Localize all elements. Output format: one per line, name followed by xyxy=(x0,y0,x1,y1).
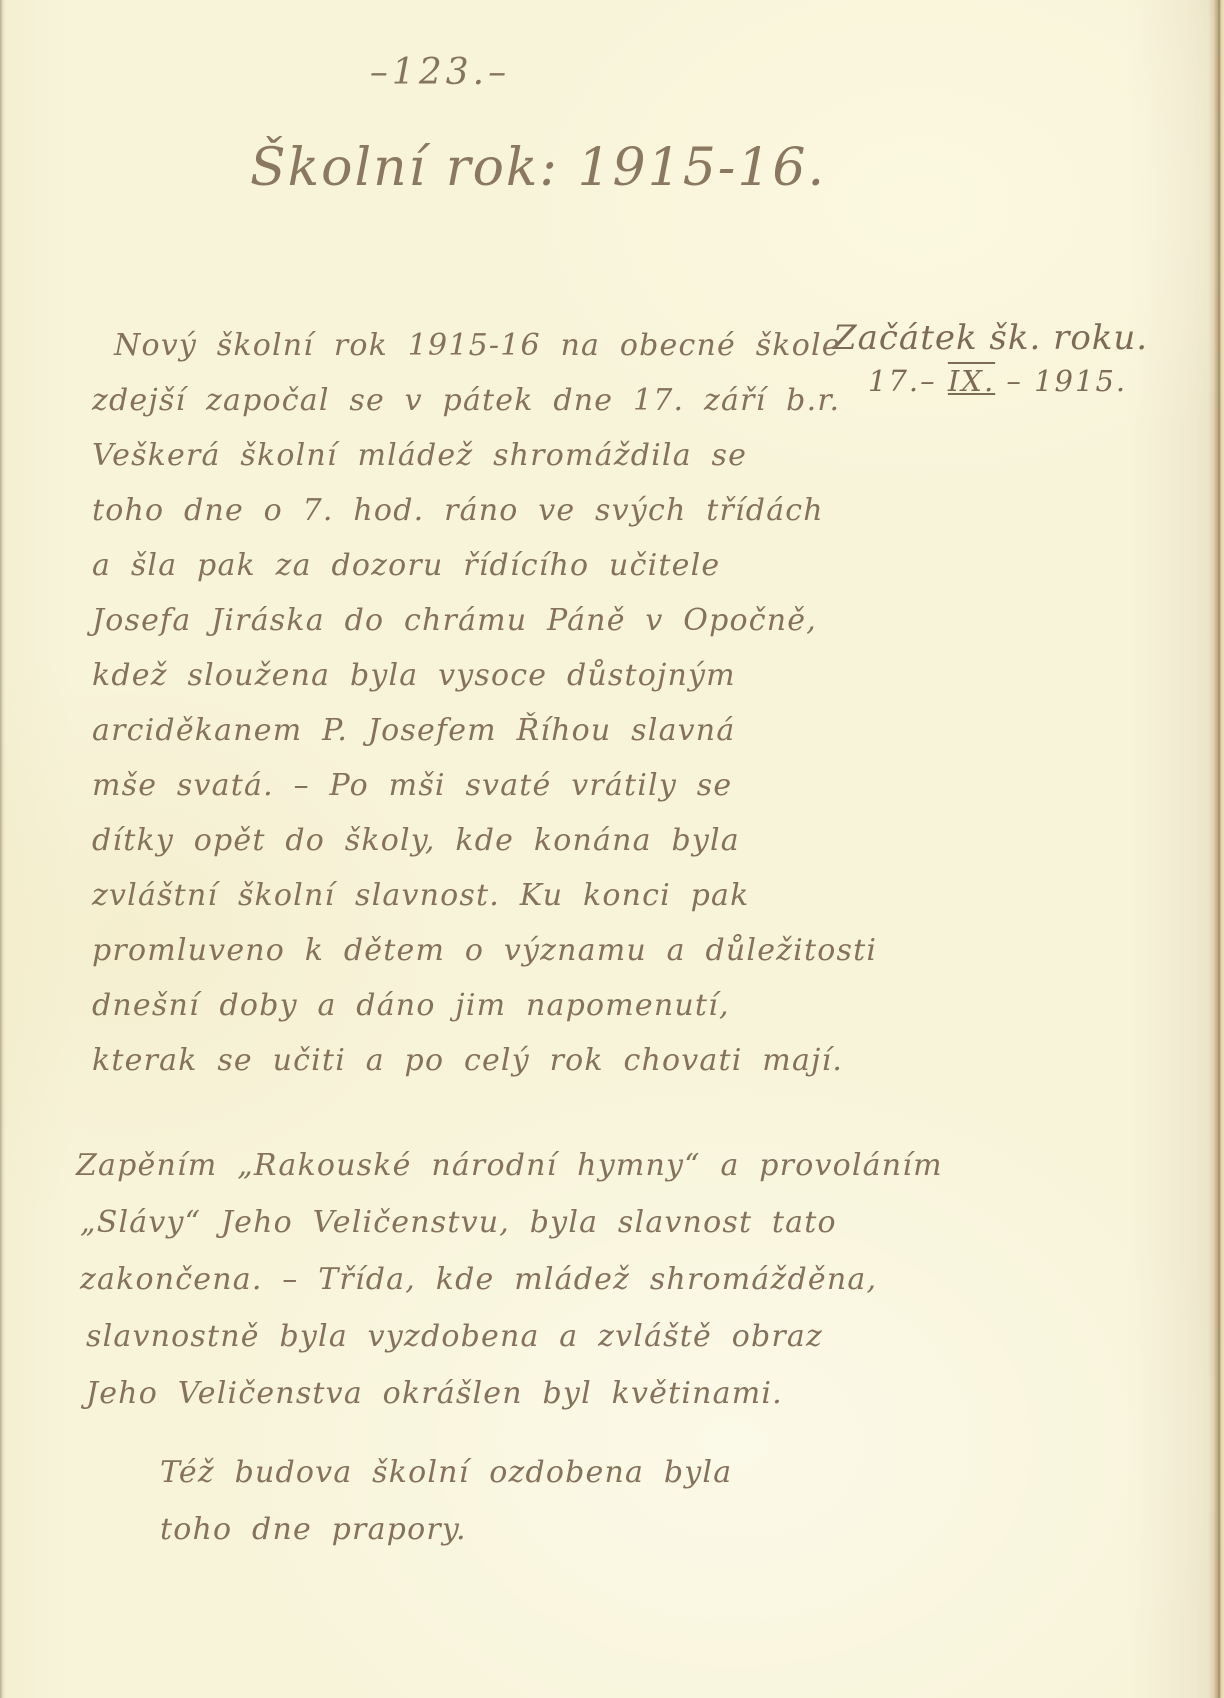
handwritten-line: zdejší započal se v pátek dne 17. září b… xyxy=(92,383,840,418)
handwritten-line: a šla pak za dozoru řídícího učitele xyxy=(92,548,720,583)
page-title: Školní rok: 1915-16. xyxy=(250,138,790,198)
handwritten-line: arciděkanem P. Josefem Říhou slavná xyxy=(92,713,735,748)
margin-note-date: 17.– IX. – 1915. xyxy=(868,364,1127,398)
handwritten-line: zakončena. – Třída, kde mládež shromáždě… xyxy=(80,1262,877,1297)
handwritten-line: Zapěním „Rakouské národní hymny“ a provo… xyxy=(76,1148,943,1183)
handwritten-line: mše svatá. – Po mši svaté vrátily se xyxy=(92,768,732,803)
margin-note-date-year: – 1915. xyxy=(1006,364,1127,398)
handwritten-line: slavnostně byla vyzdobena a zvláště obra… xyxy=(86,1319,823,1354)
page-left-edge xyxy=(0,0,5,1698)
handwritten-line: promluveno k dětem o významu a důležitos… xyxy=(92,933,877,968)
handwritten-line: Jeho Veličenstva okrášlen byl květinami. xyxy=(86,1376,783,1411)
handwritten-line: toho dne prapory. xyxy=(92,1512,467,1547)
handwritten-line: kterak se učiti a po celý rok chovati ma… xyxy=(92,1043,843,1078)
page-right-edge xyxy=(1208,0,1224,1698)
margin-note-heading: Začátek šk. roku. xyxy=(833,318,1148,358)
handwritten-line: „Slávy“ Jeho Veličenstvu, byla slavnost … xyxy=(80,1205,837,1240)
chronicle-page: –123.– Školní rok: 1915-16. Začátek šk. … xyxy=(0,0,1224,1698)
handwritten-line: Josefa Jiráska do chrámu Páně v Opočně, xyxy=(92,603,817,638)
margin-note-date-month-roman: IX. xyxy=(948,364,995,398)
handwritten-line: Veškerá školní mládež shromáždila se xyxy=(92,438,747,473)
handwritten-line: dnešní doby a dáno jim napomenutí, xyxy=(92,988,730,1023)
handwritten-line: kdež sloužena byla vysoce důstojným xyxy=(92,658,736,693)
handwritten-line: zvláštní školní slavnost. Ku konci pak xyxy=(92,878,750,913)
handwritten-line: toho dne o 7. hod. ráno ve svých třídách xyxy=(92,493,824,528)
handwritten-line: Též budova školní ozdobena byla xyxy=(92,1455,732,1490)
handwritten-line: Nový školní rok 1915-16 na obecné škole xyxy=(92,328,841,363)
margin-note-date-day: 17.– xyxy=(868,364,937,398)
handwritten-line: dítky opět do školy, kde konána byla xyxy=(92,823,740,858)
page-number: –123.– xyxy=(300,52,580,93)
